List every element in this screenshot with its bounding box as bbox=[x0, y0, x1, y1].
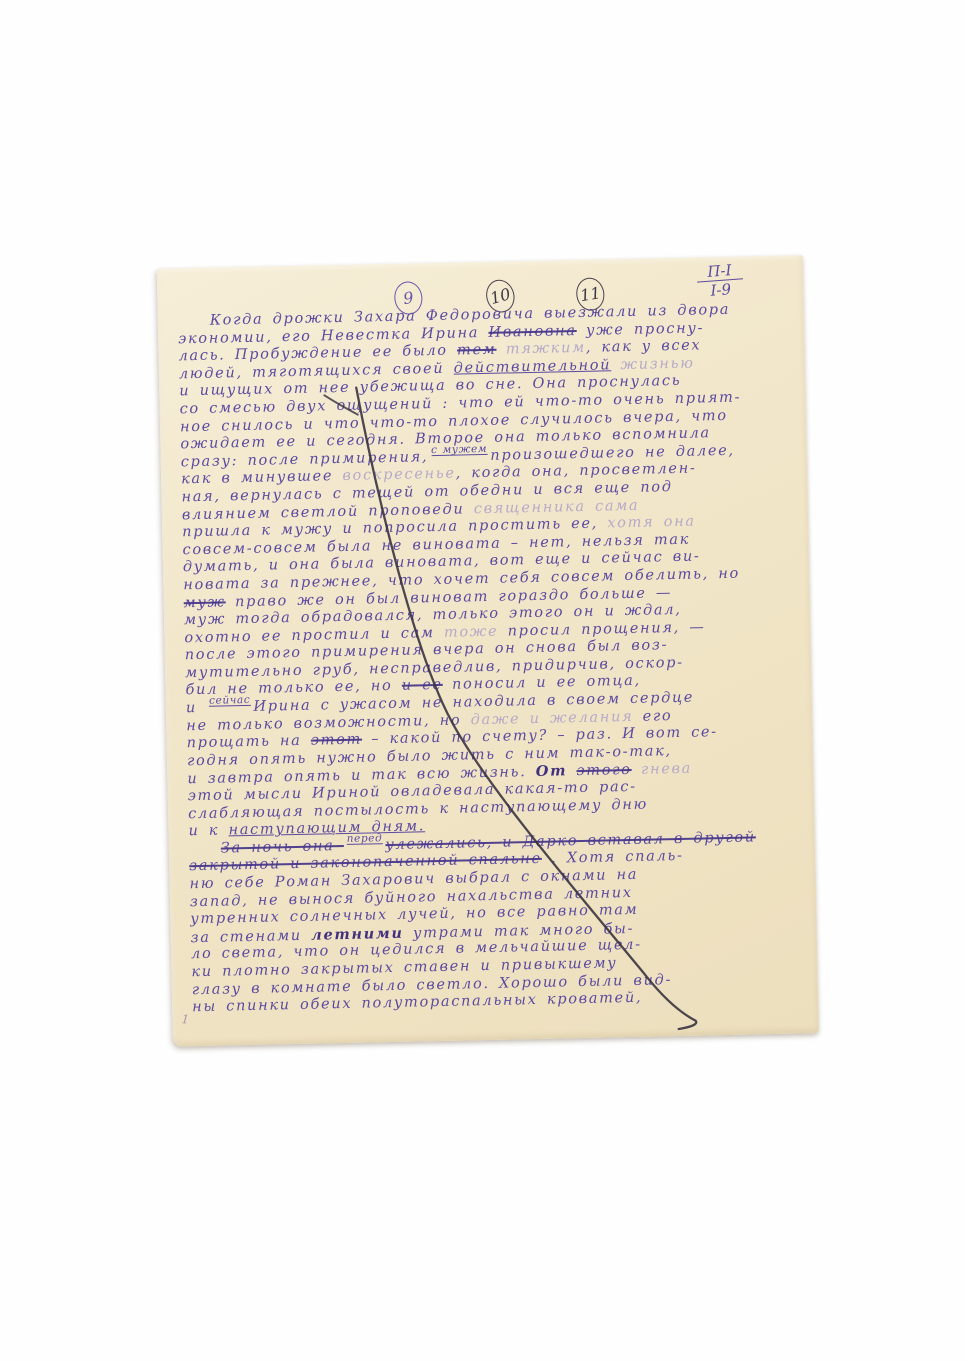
faded-pencil-word: жизнью bbox=[620, 355, 694, 373]
handwritten-text: и к bbox=[188, 823, 228, 840]
handwritten-text: поносил и ее отца, bbox=[443, 673, 641, 693]
faded-pencil-word: гнева bbox=[641, 761, 692, 778]
struck-out-word: и ее bbox=[402, 677, 443, 694]
corner-code-denominator: I-9 bbox=[697, 279, 744, 299]
struck-out-word: муж bbox=[184, 594, 226, 611]
manuscript-text: Когда дрожки Захара Федоровича выезжали … bbox=[178, 300, 813, 1017]
struck-out-word: улежались, bbox=[385, 834, 502, 852]
faded-pencil-word: хотя она bbox=[607, 514, 696, 532]
handwritten-text: и bbox=[186, 700, 207, 716]
struck-out-word: этого bbox=[576, 762, 631, 779]
inserted-word: перед bbox=[347, 833, 383, 845]
faded-pencil-word: тоже bbox=[444, 623, 499, 640]
handwritten-text: , как у всех bbox=[586, 338, 702, 356]
stray-ink-mark: 1 bbox=[181, 1012, 190, 1027]
handwritten-text: уже просну- bbox=[577, 320, 705, 339]
struck-out-word: тем bbox=[457, 342, 497, 359]
handwritten-text: просил прощения, — bbox=[498, 619, 706, 639]
faded-pencil-word: священника сама bbox=[474, 497, 640, 516]
photo-of-manuscript: { "photo": { "background": "#fefefe", "p… bbox=[0, 0, 966, 1362]
photo-background: 9 10 11 П-I I-9 Когда дрожки Захара Федо… bbox=[0, 0, 966, 1362]
faded-pencil-word: тяжким bbox=[506, 340, 586, 358]
handwritten-text: летними bbox=[311, 925, 404, 944]
struck-out-word: этот bbox=[311, 732, 362, 749]
handwritten-text: действительной bbox=[453, 357, 611, 376]
manuscript-page: 9 10 11 П-I I-9 Когда дрожки Захара Федо… bbox=[157, 255, 819, 1046]
faded-pencil-word: даже и желания bbox=[471, 709, 634, 728]
inserted-word: с мужем bbox=[431, 444, 487, 456]
inserted-word: сейчас bbox=[209, 695, 250, 707]
handwritten-text: прощать на bbox=[186, 733, 311, 752]
handwritten-text: как в минувшее bbox=[181, 468, 343, 487]
struck-out-word: в другой bbox=[674, 829, 756, 847]
struck-out-word: Ивановна bbox=[488, 323, 577, 341]
struck-out-word: За ночь она bbox=[221, 838, 344, 857]
handwritten-text: . Хотя спаль- bbox=[542, 848, 684, 867]
faded-pencil-word: воскресенье bbox=[342, 466, 456, 484]
handwritten-text bbox=[631, 762, 641, 778]
corner-code: П-I I-9 bbox=[696, 261, 744, 299]
handwritten-text: наступающим дням. bbox=[228, 819, 425, 839]
struck-out-word: и Дарко вставал bbox=[502, 831, 674, 851]
handwritten-text: за стенами bbox=[191, 927, 312, 946]
handwritten-text: От bbox=[536, 763, 568, 781]
handwritten-text bbox=[611, 357, 621, 373]
handwritten-text: его bbox=[633, 708, 672, 725]
